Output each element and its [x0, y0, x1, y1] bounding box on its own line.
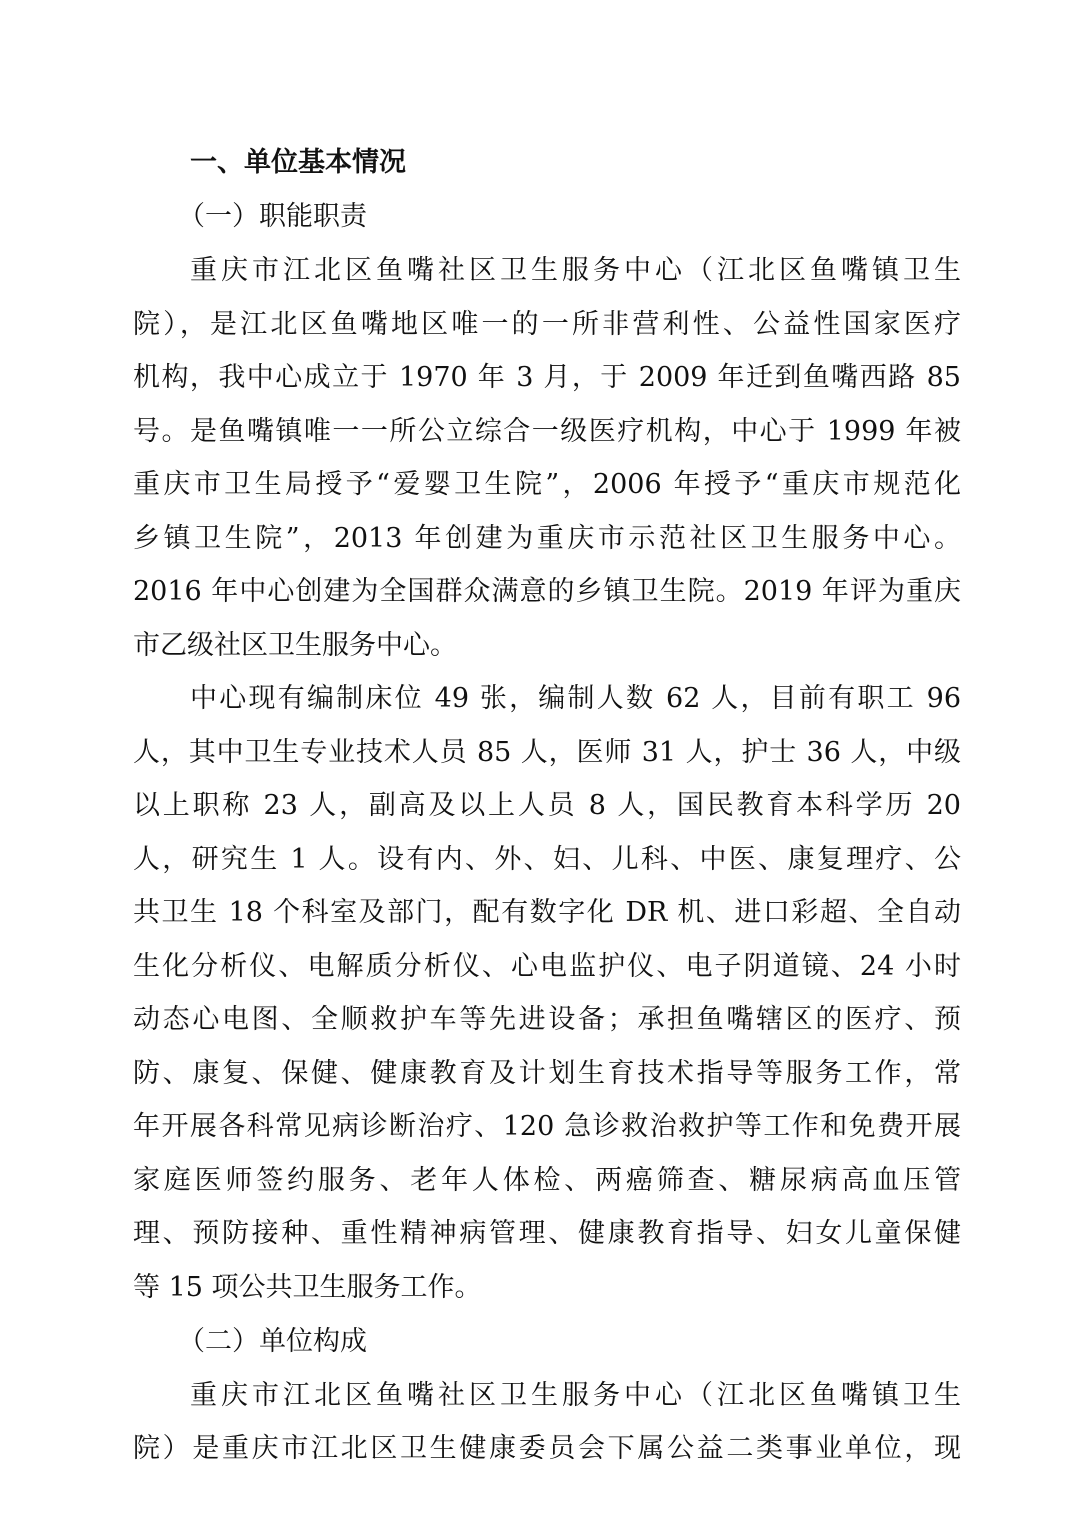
text-line: 重庆市江北区鱼嘴社区卫生服务中心（江北区鱼嘴镇卫生 [190, 254, 961, 288]
text-line: 院）是重庆市江北区卫生健康委员会下属公益二类事业单位，现 [133, 1432, 961, 1466]
text-line: 理、预防接种、重性精神病管理、健康教育指导、妇女儿童保健 [133, 1217, 961, 1251]
text-line: 共卫生 18 个科室及部门，配有数字化 DR 机、进口彩超、全自动 [133, 896, 961, 930]
text-line: 乡镇卫生院”，2013 年创建为重庆市示范社区卫生服务中心。 [133, 522, 961, 556]
text-line: 年开展各科常见病诊断治疗、120 急诊救治救护等工作和免费开展 [133, 1110, 961, 1144]
text-line: 院），是江北区鱼嘴地区唯一的一所非营利性、公益性国家医疗 [133, 308, 961, 342]
text-line: 人，研究生 1 人。设有内、外、妇、儿科、中医、康复理疗、公 [133, 843, 961, 877]
subsection-title: （二）单位构成 [178, 1325, 367, 1359]
text-line: 人，其中卫生专业技术人员 85 人，医师 31 人，护士 36 人，中级 [133, 736, 961, 770]
document-page: 一、单位基本情况 （一）职能职责 重庆市江北区鱼嘴社区卫生服务中心（江北区鱼嘴镇… [0, 0, 1074, 1520]
text-line: 生化分析仪、电解质分析仪、心电监护仪、电子阴道镜、24 小时 [133, 950, 961, 984]
text-line: 以上职称 23 人，副高及以上人员 8 人，国民教育本科学历 20 [133, 789, 961, 823]
text-line: 家庭医师签约服务、老年人体检、两癌筛查、糖尿病高血压管 [133, 1164, 961, 1198]
text-line: 重庆市江北区鱼嘴社区卫生服务中心（江北区鱼嘴镇卫生 [190, 1379, 961, 1413]
text-line: 防、康复、保健、健康教育及计划生育技术指导等服务工作，常 [133, 1057, 961, 1091]
text-line: 2016 年中心创建为全国群众满意的乡镇卫生院。2019 年评为重庆 [133, 575, 961, 609]
text-line: 市乙级社区卫生服务中心。 [133, 629, 961, 663]
text-line: 重庆市卫生局授予“爱婴卫生院”，2006 年授予“重庆市规范化 [133, 468, 961, 502]
text-line: 等 15 项公共卫生服务工作。 [133, 1271, 961, 1305]
text-line: 号。是鱼嘴镇唯一一所公立综合一级医疗机构，中心于 1999 年被 [133, 415, 961, 449]
text-line: 动态心电图、全顺救护车等先进设备；承担鱼嘴辖区的医疗、预 [133, 1003, 961, 1037]
text-line: 机构，我中心成立于 1970 年 3 月，于 2009 年迁到鱼嘴西路 85 [133, 361, 961, 395]
text-line: 中心现有编制床位 49 张，编制人数 62 人，目前有职工 96 [190, 682, 961, 716]
subsection-title: （一）职能职责 [178, 200, 367, 234]
section-heading: 一、单位基本情况 [190, 146, 406, 180]
